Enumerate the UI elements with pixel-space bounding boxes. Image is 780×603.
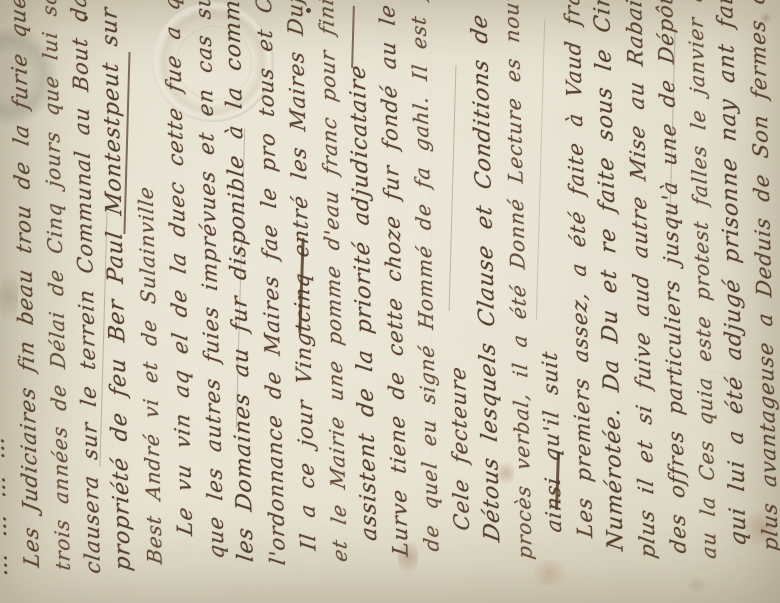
manuscript-text-block: … … … …Les Judiciaires fin beau trou de … xyxy=(0,0,780,576)
manuscript-page: … … … …Les Judiciaires fin beau trou de … xyxy=(0,0,780,603)
stain xyxy=(684,578,710,592)
